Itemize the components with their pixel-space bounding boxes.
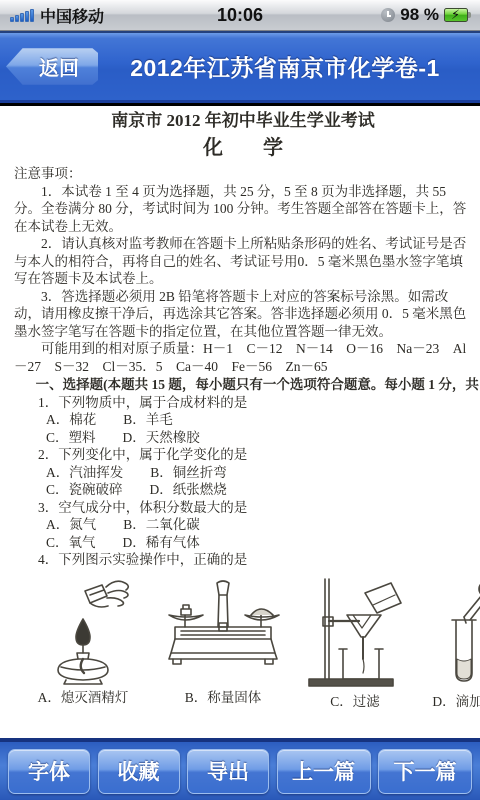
figure-label: C．过滤	[330, 693, 380, 711]
nav-bar: 返回 2012年江苏省南京市化学卷-1	[0, 31, 480, 103]
question-stem: 3．空气成分中，体积分数最大的是	[14, 499, 472, 517]
question-options: C．塑料 D．天然橡胶	[14, 429, 472, 447]
question-stem: 4．下列图示实验操作中，正确的是	[14, 551, 472, 569]
figure-alcohol-lamp: A．熄灭酒精灯	[14, 575, 152, 711]
previous-article-button[interactable]: 上一篇	[277, 749, 371, 794]
bottom-toolbar: 字体 收藏 导出 上一篇 下一篇	[0, 738, 480, 800]
font-button[interactable]: 字体	[8, 749, 90, 794]
atomic-masses-line: 可能用到的相对原子质量：H－1 C－12 N－14 O－16 Na－23 Al－…	[14, 340, 472, 375]
filtration-illustration	[303, 575, 407, 691]
dropper-illustration	[426, 575, 480, 691]
figure-label: D．滴加液体	[432, 693, 480, 711]
question-options: A．氮气 B．二氧化碳	[14, 516, 472, 534]
question-options: C．氧气 D．稀有气体	[14, 534, 472, 552]
document-view[interactable]: 南京市 2012 年初中毕业生学业考试 化 学 注意事项： 1．本试卷 1 至 …	[0, 106, 480, 738]
notice-item: 1．本试卷 1 至 4 页为选择题，共 25 分，5 至 8 页为非选择题，共 …	[14, 183, 472, 236]
figure-filtration: C．过滤	[294, 575, 416, 711]
export-button[interactable]: 导出	[187, 749, 269, 794]
status-bar: 中国移动 10:06 98 % ⚡	[0, 0, 480, 31]
question-options: A．棉花 B．羊毛	[14, 411, 472, 429]
balance-illustration	[161, 575, 285, 687]
question-options: C．瓷碗破碎 D．纸张燃烧	[14, 481, 472, 499]
favorite-button[interactable]: 收藏	[98, 749, 180, 794]
back-button[interactable]: 返回	[6, 48, 98, 86]
alcohol-lamp-illustration	[28, 575, 138, 687]
figure-dropper: D．滴加液体	[416, 575, 480, 711]
section-heading: 一、选择题(本题共 15 题，每小题只有一个选项符合题意。每小题 1 分，共 1…	[14, 376, 472, 394]
page-title: 2012年江苏省南京市化学卷-1	[98, 50, 480, 83]
question-options: A．汽油挥发 B．铜丝折弯	[14, 464, 472, 482]
notice-heading: 注意事项：	[14, 165, 472, 183]
next-article-button[interactable]: 下一篇	[378, 749, 472, 794]
question-stem: 1．下列物质中，属于合成材料的是	[14, 394, 472, 412]
figure-label: B．称量固体	[185, 689, 262, 707]
question-figures-row: A．熄灭酒精灯	[14, 575, 480, 711]
battery-percent-label: 98 %	[400, 5, 439, 25]
notice-item: 3．答选择题必须用 2B 铅笔将答题卡上对应的答案标号涂黑。如需改动，请用橡皮擦…	[14, 288, 472, 341]
exam-title: 南京市 2012 年初中毕业生学业考试	[14, 112, 472, 130]
alarm-clock-icon	[381, 8, 395, 22]
notice-item: 2．请认真核对监考教师在答题卡上所粘贴条形码的姓名、考试证号是否与本人的相符合，…	[14, 235, 472, 288]
battery-charging-icon: ⚡	[444, 8, 471, 22]
figure-label: A．熄灭酒精灯	[38, 689, 129, 707]
figure-balance: B．称量固体	[152, 575, 294, 711]
exam-subject: 化 学	[14, 140, 472, 158]
question-stem: 2．下列变化中，属于化学变化的是	[14, 446, 472, 464]
